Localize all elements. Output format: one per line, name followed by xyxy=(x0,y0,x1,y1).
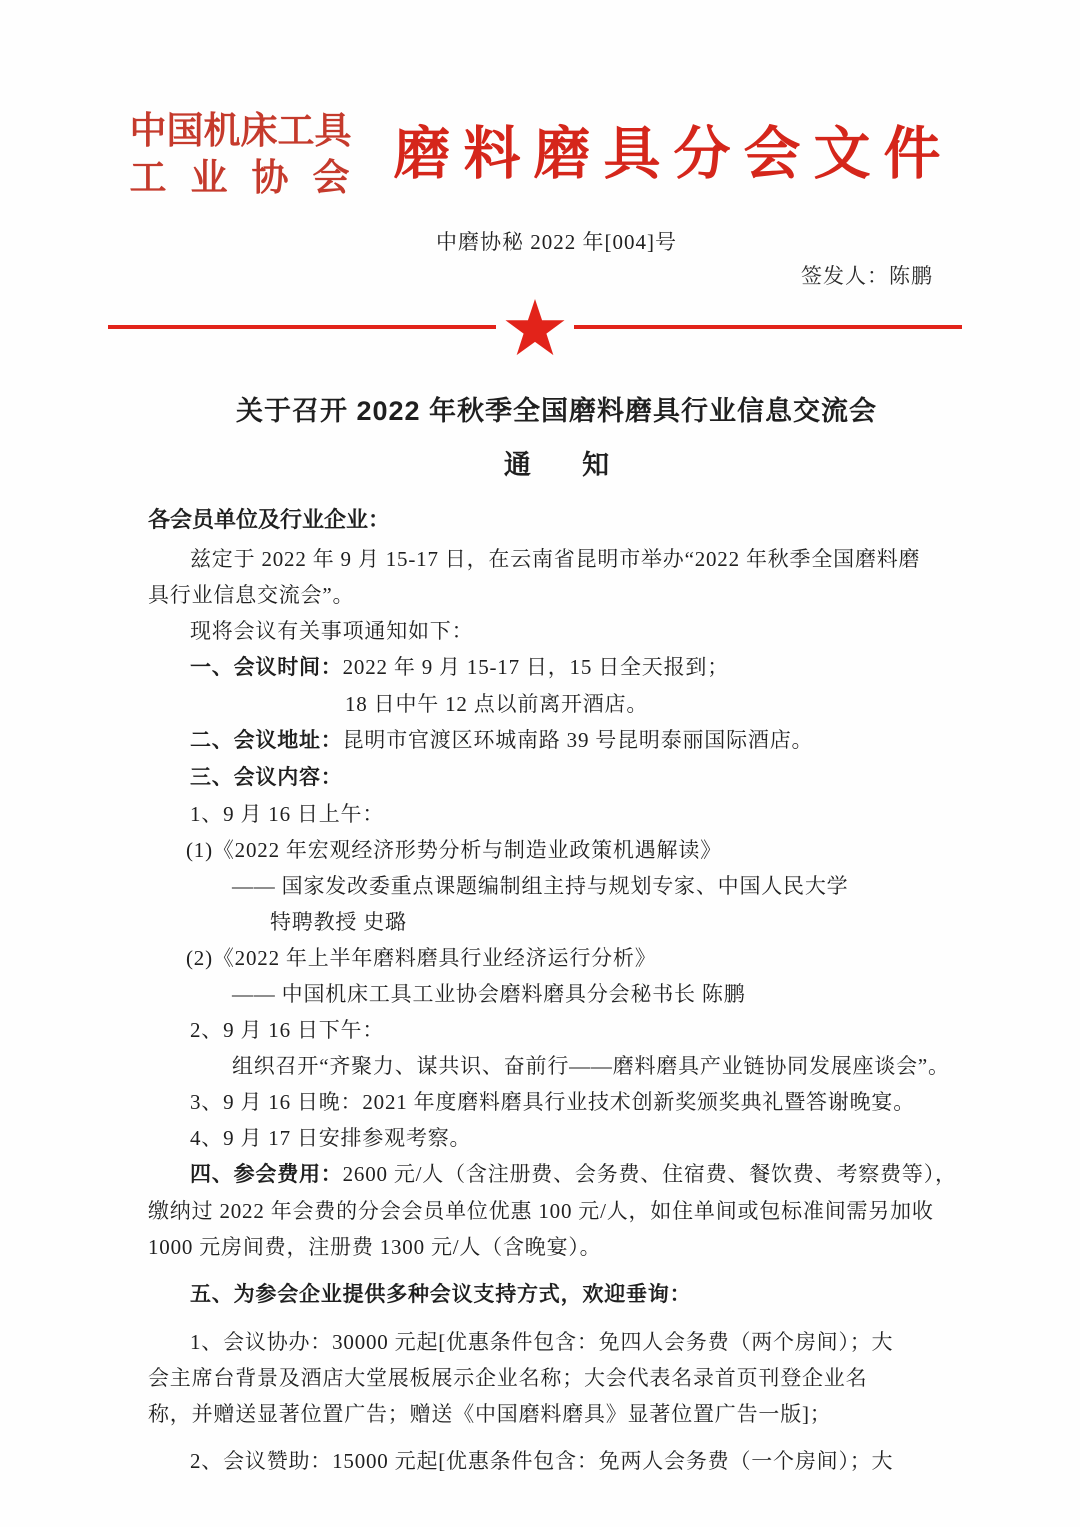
agenda-item-2: 2、9 月 16 日下午： xyxy=(148,1012,965,1048)
red-star-icon xyxy=(505,299,565,356)
document-number: 中磨协秘 2022 年[004]号 xyxy=(148,228,965,256)
meeting-time-line-2: 18 日中午 12 点以前离开酒店。 xyxy=(148,686,965,722)
agenda-item-1-speaker-2: —— 中国机床工具工业协会磨料磨具分会秘书长 陈鹏 xyxy=(148,976,965,1012)
intro-line-1: 兹定于 2022 年 9 月 15-17 日，在云南省昆明市举办“2022 年秋… xyxy=(148,541,965,577)
letterhead: 中国机床工具 工业协会 磨料磨具分会文件 xyxy=(118,108,965,202)
agenda-item-1-topic-2: (2)《2022 年上半年磨料磨具行业经济运行分析》 xyxy=(148,940,965,976)
support-option-2-line-1: 2、会议赞助：15000 元起[优惠条件包含：免两人会务费（一个房间）；大 xyxy=(148,1443,965,1479)
intro-line-2: 具行业信息交流会”。 xyxy=(148,577,965,613)
agenda-item-2-detail: 组织召开“齐聚力、谋共识、奋前行——磨料磨具产业链协同发展座谈会”。 xyxy=(148,1048,965,1084)
support-option-1-line-1: 1、会议协办：30000 元起[优惠条件包含：免四人会务费（两个房间）；大 xyxy=(148,1324,965,1360)
agenda-item-1-speaker-1b: 特聘教授 史璐 xyxy=(148,904,965,940)
notice-heading-text: 通知 xyxy=(504,450,661,480)
support-option-1-line-2: 会主席台背景及酒店大堂展板展示企业名称；大会代表名录首页刊登企业名 xyxy=(148,1360,965,1396)
fee-line-2: 缴纳过 2022 年会费的分会会员单位优惠 100 元/人，如住单间或包标准间需… xyxy=(148,1193,965,1229)
agenda-item-1: 1、9 月 16 日上午： xyxy=(148,796,965,832)
agenda-item-3: 3、9 月 16 日晚：2021 年度磨料磨具行业技术创新奖颁奖典礼暨答谢晚宴。 xyxy=(148,1084,965,1120)
notice-heading: 通知 xyxy=(148,446,965,489)
letterhead-banner-title: 磨料磨具分会文件 xyxy=(394,108,954,202)
meeting-content-heading: 三、会议内容： xyxy=(148,759,965,796)
signer-line: 签发人：陈鹏 xyxy=(148,262,965,290)
org-name-line1: 中国机床工具 xyxy=(130,108,350,155)
agenda-item-1-topic-1: (1)《2022 年宏观经济形势分析与制造业政策机遇解读》 xyxy=(148,832,965,868)
meeting-time-line: 一、会议时间：2022 年 9 月 15-17 日，15 日全天报到； xyxy=(148,649,965,686)
support-heading: 五、为参会企业提供多种会议支持方式，欢迎垂询： xyxy=(148,1276,965,1313)
red-divider-rule xyxy=(108,298,962,356)
fee-line-1: 四、参会费用：2600 元/人（含注册费、会务费、住宿费、餐饮费、考察费等）， xyxy=(148,1156,965,1193)
meeting-address-line: 二、会议地址：昆明市官渡区环城南路 39 号昆明泰丽国际酒店。 xyxy=(148,722,965,759)
agenda-item-4: 4、9 月 17 日安排参观考察。 xyxy=(148,1120,965,1156)
intro-line-3: 现将会议有关事项通知如下： xyxy=(148,613,965,649)
salutation: 各会员单位及行业企业： xyxy=(148,505,965,535)
document-title: 关于召开 2022 年秋季全国磨料磨具行业信息交流会 xyxy=(148,392,965,430)
fee-line-3: 1000 元房间费，注册费 1300 元/人（含晚宴）。 xyxy=(148,1229,965,1265)
org-name: 中国机床工具 工业协会 xyxy=(130,108,350,202)
official-document-page: 中国机床工具 工业协会 磨料磨具分会文件 中磨协秘 2022 年[004]号 签… xyxy=(0,0,1080,1527)
document-body: 兹定于 2022 年 9 月 15-17 日，在云南省昆明市举办“2022 年秋… xyxy=(148,541,965,1479)
rule-right-segment xyxy=(574,325,962,329)
rule-left-segment xyxy=(108,325,496,329)
org-name-line2: 工业协会 xyxy=(130,155,350,202)
agenda-item-1-speaker-1: —— 国家发改委重点课题编制组主持与规划专家、中国人民大学 xyxy=(148,868,965,904)
support-option-1-line-3: 称，并赠送显著位置广告；赠送《中国磨料磨具》显著位置广告一版]； xyxy=(148,1396,965,1432)
